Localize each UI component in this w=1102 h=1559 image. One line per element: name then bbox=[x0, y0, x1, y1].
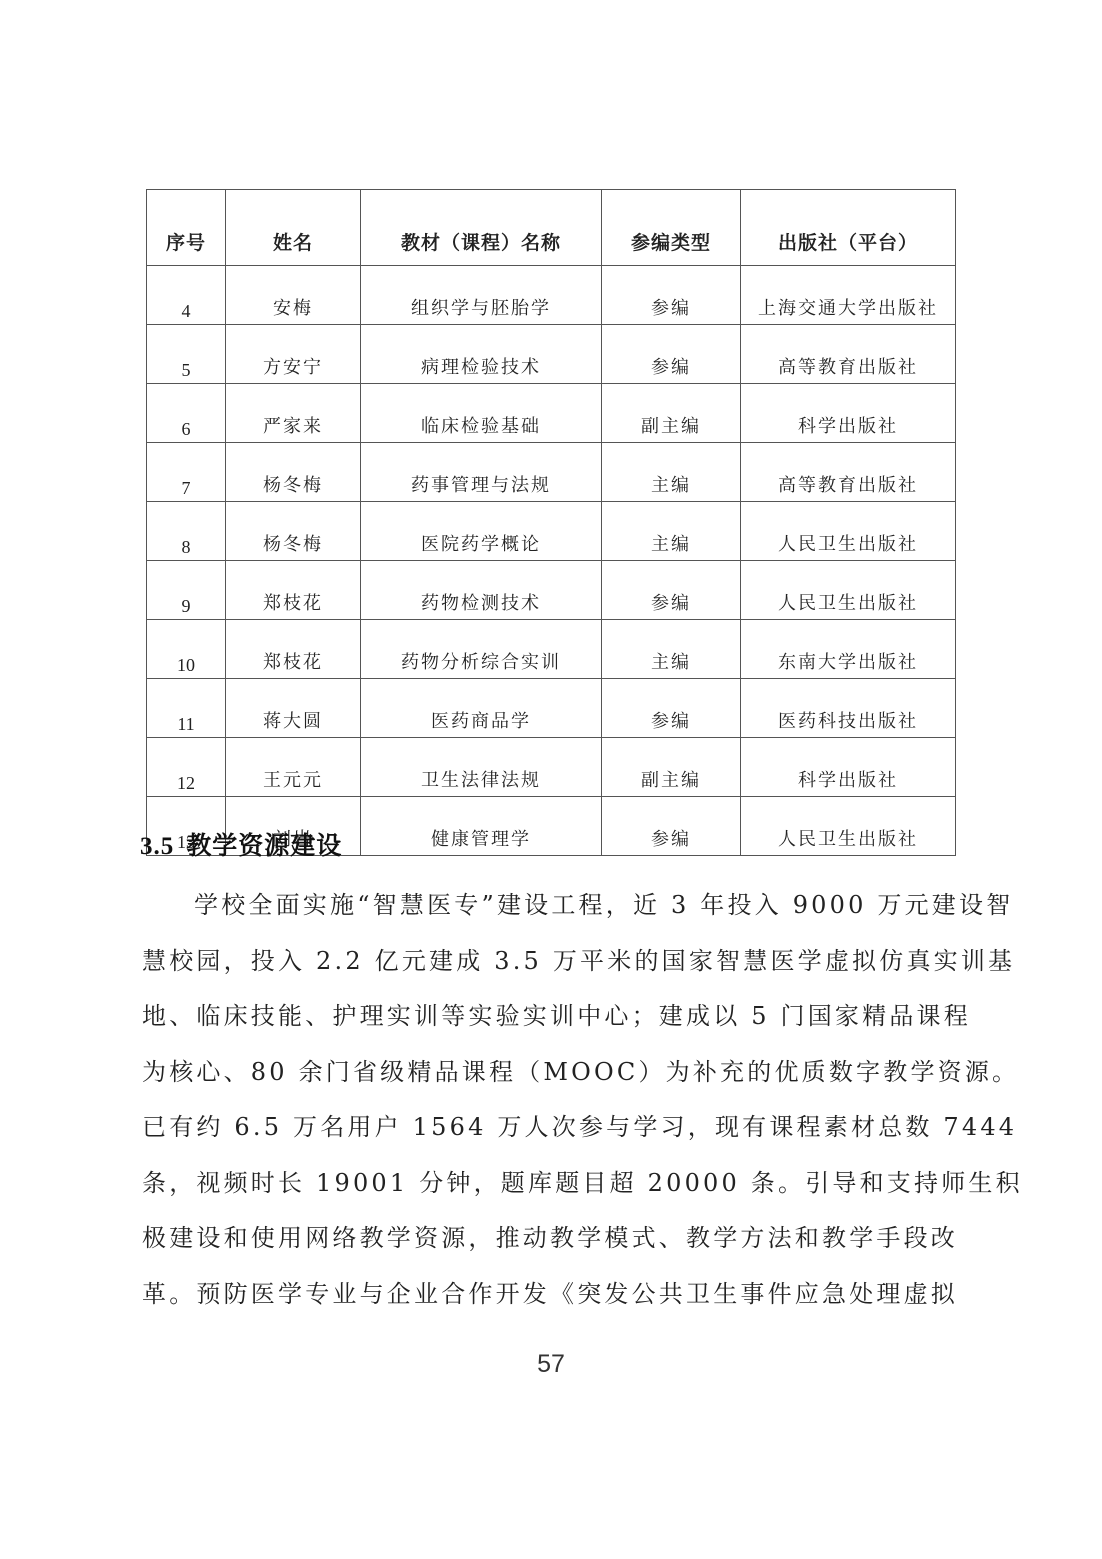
cell-title: 药物检测技术 bbox=[361, 561, 602, 620]
cell-role: 主编 bbox=[602, 443, 741, 502]
cell-publisher: 科学出版社 bbox=[741, 738, 956, 797]
cell-no: 10 bbox=[147, 620, 226, 679]
cell-role: 参编 bbox=[602, 679, 741, 738]
table-header-row: 序号 姓名 教材（课程）名称 参编类型 出版社（平台） bbox=[147, 190, 956, 266]
cell-no: 4 bbox=[147, 266, 226, 325]
cell-publisher: 东南大学出版社 bbox=[741, 620, 956, 679]
paragraph-line: 革。预防医学专业与企业合作开发《突发公共卫生事件应急处理虚拟 bbox=[142, 1267, 958, 1323]
paragraph-line: 极建设和使用网络教学资源，推动教学模式、教学方法和教学手段改 bbox=[142, 1211, 958, 1267]
cell-no: 11 bbox=[147, 679, 226, 738]
paragraph-line: 条，视频时长 19001 分钟，题库题目超 20000 条。引导和支持师生积 bbox=[142, 1156, 958, 1212]
table-row: 12 王元元 卫生法律法规 副主编 科学出版社 bbox=[147, 738, 956, 797]
cell-title: 卫生法律法规 bbox=[361, 738, 602, 797]
cell-name: 郑枝花 bbox=[226, 561, 361, 620]
header-title: 教材（课程）名称 bbox=[361, 190, 602, 266]
table-row: 9 郑枝花 药物检测技术 参编 人民卫生出版社 bbox=[147, 561, 956, 620]
cell-title: 医药商品学 bbox=[361, 679, 602, 738]
body-paragraph: 学校全面实施“智慧医专”建设工程，近 3 年投入 9000 万元建设智 慧校园，… bbox=[142, 878, 958, 1322]
table-row: 5 方安宁 病理检验技术 参编 高等教育出版社 bbox=[147, 325, 956, 384]
section-number: 3.5 bbox=[140, 833, 174, 860]
cell-title: 药物分析综合实训 bbox=[361, 620, 602, 679]
cell-title: 健康管理学 bbox=[361, 797, 602, 856]
cell-no: 12 bbox=[147, 738, 226, 797]
cell-publisher: 人民卫生出版社 bbox=[741, 797, 956, 856]
header-publisher: 出版社（平台） bbox=[741, 190, 956, 266]
cell-name: 郑枝花 bbox=[226, 620, 361, 679]
paragraph-line: 学校全面实施“智慧医专”建设工程，近 3 年投入 9000 万元建设智 bbox=[142, 878, 958, 934]
cell-publisher: 高等教育出版社 bbox=[741, 325, 956, 384]
cell-publisher: 高等教育出版社 bbox=[741, 443, 956, 502]
cell-no: 8 bbox=[147, 502, 226, 561]
table-row: 8 杨冬梅 医院药学概论 主编 人民卫生出版社 bbox=[147, 502, 956, 561]
document-page: 序号 姓名 教材（课程）名称 参编类型 出版社（平台） 4 安梅 组织学与胚胎学… bbox=[0, 0, 1102, 1559]
cell-title: 组织学与胚胎学 bbox=[361, 266, 602, 325]
cell-title: 药事管理与法规 bbox=[361, 443, 602, 502]
paragraph-line: 已有约 6.5 万名用户 1564 万人次参与学习，现有课程素材总数 7444 bbox=[142, 1100, 958, 1156]
cell-name: 方安宁 bbox=[226, 325, 361, 384]
cell-publisher: 科学出版社 bbox=[741, 384, 956, 443]
table-row: 4 安梅 组织学与胚胎学 参编 上海交通大学出版社 bbox=[147, 266, 956, 325]
textbook-table: 序号 姓名 教材（课程）名称 参编类型 出版社（平台） 4 安梅 组织学与胚胎学… bbox=[146, 189, 956, 856]
cell-no: 5 bbox=[147, 325, 226, 384]
cell-publisher: 人民卫生出版社 bbox=[741, 561, 956, 620]
cell-no: 9 bbox=[147, 561, 226, 620]
header-name: 姓名 bbox=[226, 190, 361, 266]
header-no: 序号 bbox=[147, 190, 226, 266]
cell-no: 6 bbox=[147, 384, 226, 443]
table-row: 10 郑枝花 药物分析综合实训 主编 东南大学出版社 bbox=[147, 620, 956, 679]
cell-name: 杨冬梅 bbox=[226, 443, 361, 502]
header-role: 参编类型 bbox=[602, 190, 741, 266]
cell-role: 副主编 bbox=[602, 738, 741, 797]
paragraph-line: 慧校园，投入 2.2 亿元建成 3.5 万平米的国家智慧医学虚拟仿真实训基 bbox=[142, 934, 958, 990]
cell-role: 参编 bbox=[602, 561, 741, 620]
table-row: 6 严家来 临床检验基础 副主编 科学出版社 bbox=[147, 384, 956, 443]
cell-publisher: 人民卫生出版社 bbox=[741, 502, 956, 561]
cell-publisher: 医药科技出版社 bbox=[741, 679, 956, 738]
section-heading: 3.5教学资源建设 bbox=[140, 826, 342, 862]
cell-no: 7 bbox=[147, 443, 226, 502]
cell-name: 蒋大圆 bbox=[226, 679, 361, 738]
cell-role: 参编 bbox=[602, 325, 741, 384]
table-row: 7 杨冬梅 药事管理与法规 主编 高等教育出版社 bbox=[147, 443, 956, 502]
cell-role: 参编 bbox=[602, 797, 741, 856]
cell-publisher: 上海交通大学出版社 bbox=[741, 266, 956, 325]
paragraph-line: 为核心、80 余门省级精品课程（MOOC）为补充的优质数字教学资源。 bbox=[142, 1045, 958, 1101]
cell-role: 主编 bbox=[602, 502, 741, 561]
cell-role: 参编 bbox=[602, 266, 741, 325]
page-number: 57 bbox=[0, 1350, 1102, 1379]
cell-name: 杨冬梅 bbox=[226, 502, 361, 561]
cell-role: 副主编 bbox=[602, 384, 741, 443]
cell-name: 安梅 bbox=[226, 266, 361, 325]
paragraph-line: 地、临床技能、护理实训等实验实训中心；建成以 5 门国家精品课程 bbox=[142, 989, 958, 1045]
cell-name: 严家来 bbox=[226, 384, 361, 443]
table-row: 11 蒋大圆 医药商品学 参编 医药科技出版社 bbox=[147, 679, 956, 738]
section-title: 教学资源建设 bbox=[186, 833, 342, 860]
cell-title: 病理检验技术 bbox=[361, 325, 602, 384]
cell-title: 临床检验基础 bbox=[361, 384, 602, 443]
cell-name: 王元元 bbox=[226, 738, 361, 797]
cell-role: 主编 bbox=[602, 620, 741, 679]
cell-title: 医院药学概论 bbox=[361, 502, 602, 561]
